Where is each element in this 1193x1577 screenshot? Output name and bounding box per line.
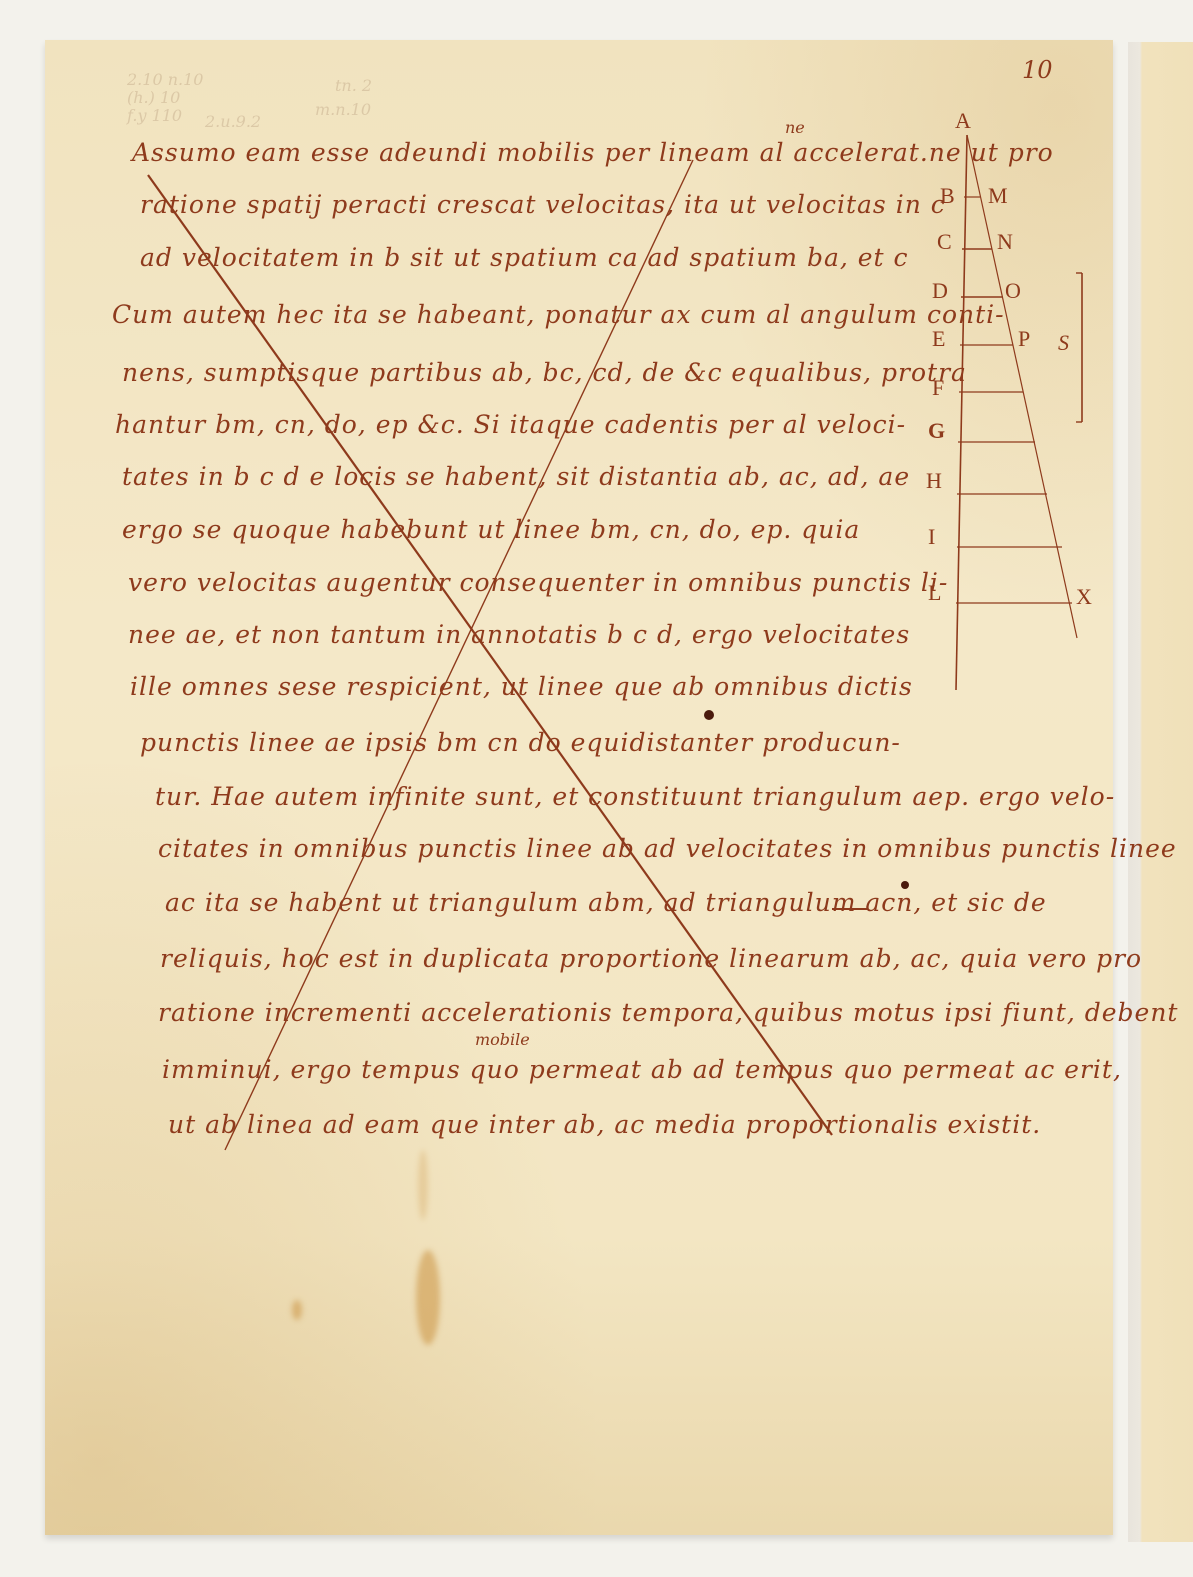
diagram-label-n: N [997, 229, 1013, 255]
diagram-label-i: I [928, 524, 935, 550]
diagram-label-x: X [1076, 584, 1092, 610]
diagram-slanted-line [967, 135, 1077, 638]
diagram-label-e: E [932, 326, 945, 352]
cancellation-stroke [225, 160, 693, 1150]
diagram-label-c: C [937, 229, 952, 255]
diagram-label-f: F [932, 375, 944, 401]
diagram-vertical-line [956, 135, 967, 690]
ink-blot [704, 710, 714, 720]
diagram-label-h: H [926, 468, 942, 494]
diagram-label-p: P [1018, 326, 1030, 352]
diagram-label-m: M [988, 183, 1008, 209]
diagram-label-l: L [928, 580, 941, 606]
overlay-drawing [0, 0, 1193, 1577]
diagram-label-o: O [1005, 278, 1021, 304]
diagram-label-a: A [955, 108, 971, 134]
diagram-label-d: D [932, 278, 948, 304]
cancellation-stroke [148, 175, 832, 1135]
diagram-label-g: G [928, 418, 945, 444]
ink-blot [901, 881, 909, 889]
diagram-label-b: B [940, 183, 955, 209]
diagram-label-s: S [1058, 330, 1069, 356]
